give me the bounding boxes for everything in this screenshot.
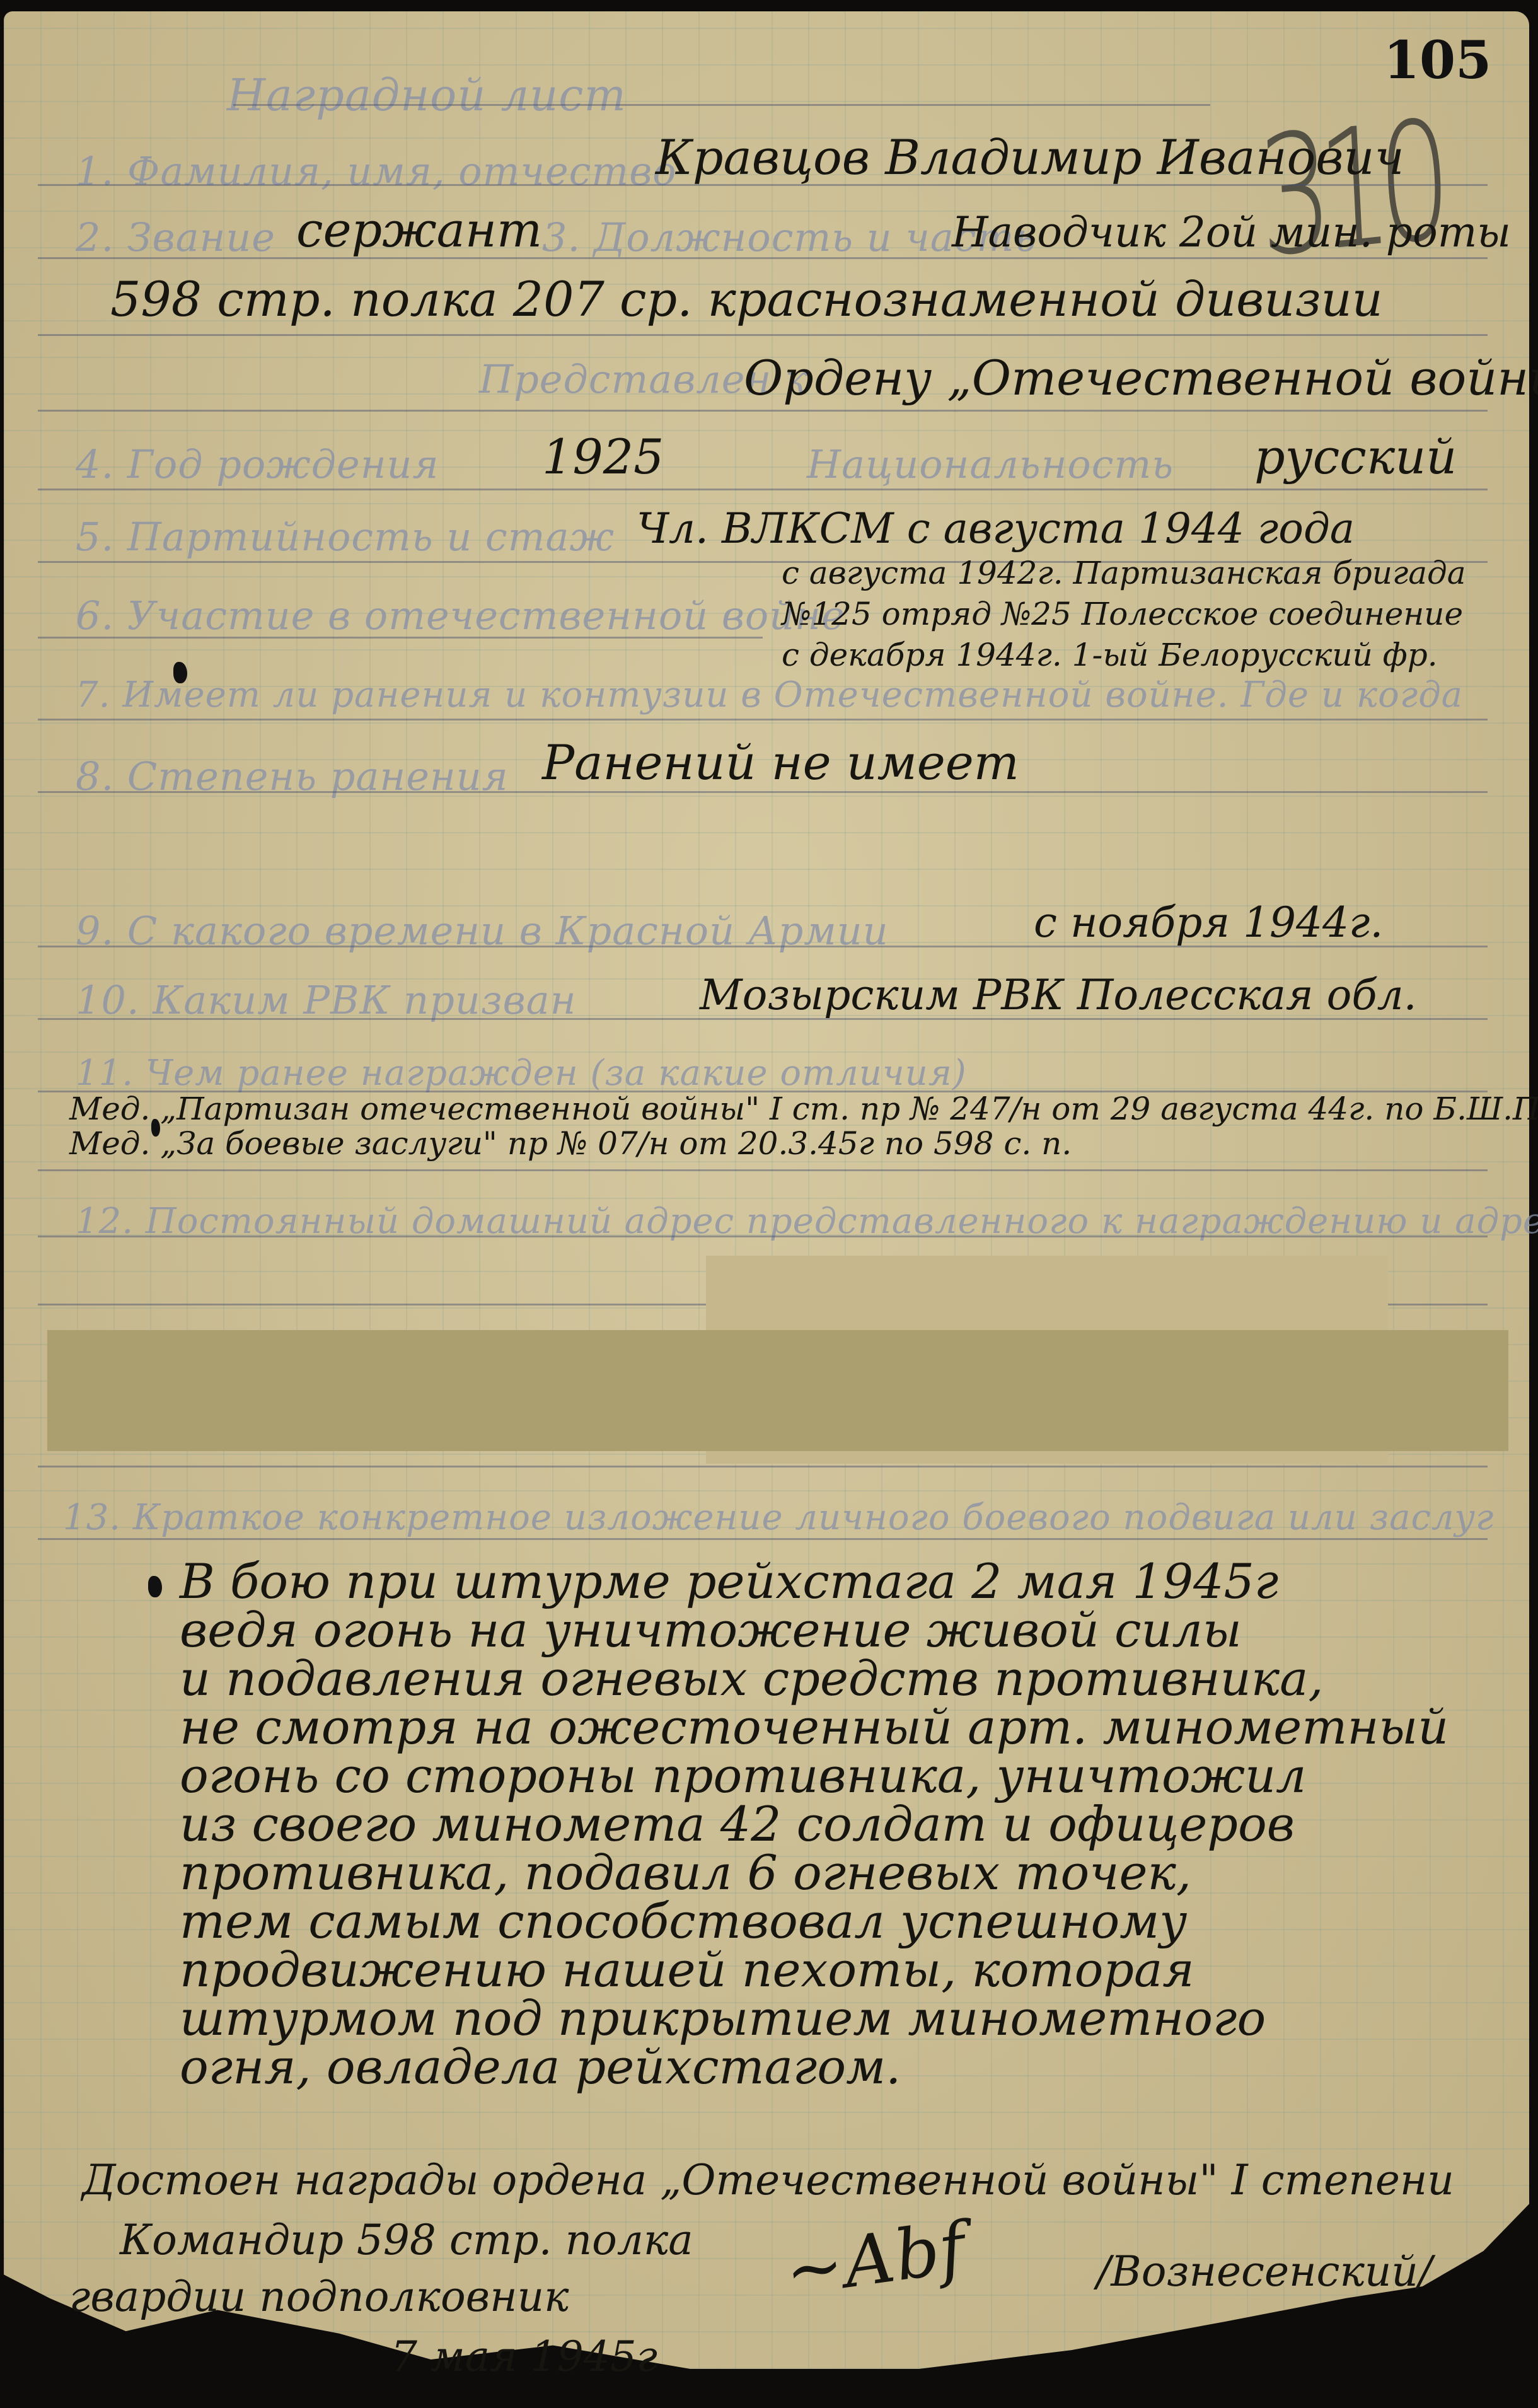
field-label-prev-awards: 11. Чем ранее награжден (за какие отличи…: [76, 1053, 967, 1094]
field-value-nominated-order: Ордену „Отечественной войны" I ст.: [744, 350, 1538, 406]
signer-title-line1: Командир 598 стр. полка: [120, 2216, 693, 2264]
field-value-birth-year: 1925: [542, 429, 664, 485]
conclusion: Достоен награды ордена „Отечественной во…: [82, 2156, 1454, 2204]
field-value-army-since: с ноября 1944г.: [1034, 898, 1383, 947]
paper-hole: [151, 1119, 160, 1137]
narrative-line: штурмом под прикрытием минометного: [180, 1994, 1503, 2042]
field-value-position: Наводчик 2ой мин. роты: [952, 208, 1511, 257]
narrative-line: и подавления огневых средств противника,: [180, 1654, 1503, 1703]
redaction-box-family: [47, 1330, 1508, 1451]
field-value-party: Чл. ВЛКСМ с августа 1944 года: [637, 504, 1355, 553]
narrative-line: не смотря на ожесточенный арт. минометны…: [180, 1703, 1503, 1751]
narrative-line: тем самым способствовал успешному: [180, 1897, 1503, 1945]
narrative-line: В бою при штурме рейхстага 2 мая 1945г: [180, 1557, 1503, 1606]
signer-title-line2: гвардии подполковник: [69, 2272, 569, 2321]
field-label-birth-year: 4. Год рождения: [76, 441, 439, 487]
narrative-line: продвижению нашей пехоты, которая: [180, 1945, 1503, 1994]
narrative-line: ведя огонь на уничтожение живой силы: [180, 1606, 1503, 1654]
field-value-unit: 598 стр. полка 207 ср. краснознаменной д…: [110, 271, 1383, 327]
narrative-line: противника, подавил 6 огневых точек,: [180, 1848, 1503, 1897]
form-title: Наградной лист: [227, 69, 627, 121]
field-label-drafted-by: 10. Каким РВК призван: [76, 977, 577, 1023]
narrative-line: огонь со стороны противника, уничтожил: [180, 1751, 1503, 1800]
feat-narrative: В бою при штурме рейхстага 2 мая 1945г в…: [180, 1557, 1503, 2091]
field-label-wounds: 7. Имеет ли ранения и контузии в Отечест…: [76, 674, 1463, 715]
participation-line-1: с августа 1942г. Партизанская бригада: [782, 555, 1466, 591]
field-label-nationality: Национальность: [807, 441, 1174, 487]
participation-line-2: №125 отряд №25 Полесское соединение: [782, 596, 1463, 632]
page-number: 105: [1384, 30, 1491, 91]
field-label-rank: 2. Звание: [76, 214, 275, 260]
signer-name: /Вознесенский/: [1097, 2247, 1432, 2296]
narrative-line: из своего миномета 42 солдат и офицеров: [180, 1800, 1503, 1848]
prev-award-2: Мед. „За боевые заслуги" пр № 07/н от 20…: [69, 1125, 1072, 1162]
pencil-stamp-mark: 310: [1254, 86, 1442, 294]
field-value-rank: сержант: [296, 202, 542, 258]
field-label-name: 1. Фамилия, имя, отчество: [76, 148, 677, 194]
field-value-name: Кравцов Владимир Иванович: [656, 129, 1404, 185]
paper-hole: [148, 1576, 162, 1597]
field-label-feat: 13. Краткое конкретное изложение личного…: [63, 1497, 1494, 1538]
field-value-drafted-by: Мозырским РВК Полесская обл.: [700, 971, 1417, 1019]
signature-date: 7 мая 1945г: [391, 2332, 657, 2381]
field-label-participation: 6. Участие в отечественной войне: [76, 593, 845, 639]
field-label-party: 5. Партийность и стаж: [76, 514, 615, 560]
field-value-wounds: Ранений не имеет: [542, 734, 1019, 790]
field-value-nationality: русский: [1254, 429, 1457, 485]
paper-hole: [173, 662, 187, 683]
narrative-line: огня, овладела рейхстагом.: [180, 2042, 1503, 2091]
prev-award-1: Мед. „Партизан отечественной войны" I ст…: [69, 1091, 1538, 1127]
participation-line-3: с декабря 1944г. 1-ый Белорусский фр.: [782, 637, 1438, 673]
